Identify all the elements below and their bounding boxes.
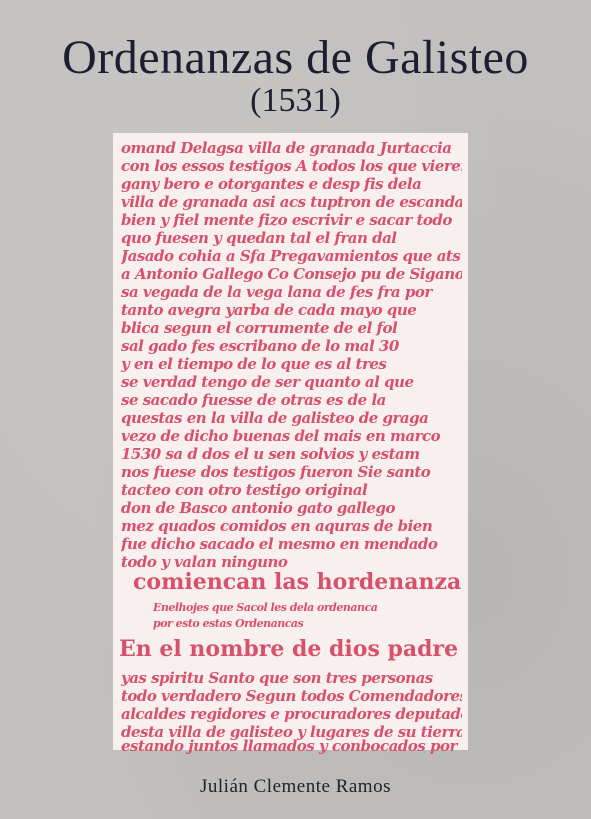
manuscript-line: villa de granada asi acs tuptron de esca… [121,193,462,211]
book-year: (1531) [0,84,591,118]
manuscript-line: mez quados comidos en aquras de bien [121,517,462,535]
manuscript-line: nos fuese dos testigos fueron Sie santo [121,463,462,481]
manuscript-line: y en el tiempo de lo que es al tres [121,355,462,373]
manuscript-line: bien y fiel mente fizo escrivir e sacar … [121,211,462,229]
manuscript-line: tacteo con otro testigo original [121,481,462,499]
manuscript-line: questas en la villa de galisteo de graga [121,409,462,427]
manuscript-line: se sacado fuesse de otras es de la [121,391,462,409]
book-author: Julián Clemente Ramos [0,776,591,798]
manuscript-line: Jasado cohia a Sfa Pregavamientos que at… [121,247,462,265]
manuscript-line: con los essos testigos A todos los que v… [121,157,462,175]
manuscript-line: yas spiritu Santo que son tres personas [121,669,462,687]
manuscript-heading: comiencan las hordenanzas [133,569,462,595]
manuscript-line: sal gado fes escribano de lo mal 30 [121,337,462,355]
manuscript-line: omand Delagsa villa de granada Jurtaccia [121,139,462,157]
book-title: Ordenanzas de Galisteo [0,34,591,82]
manuscript-line: todo verdadero Segun todos Comendadores [121,687,462,705]
manuscript-line: gany bero e otorgantes e desp fis dela [121,175,462,193]
manuscript-line: a Antonio Gallego Co Consejo pu de Sigan… [121,265,462,283]
manuscript-line: Enelhojes que Sacol les dela ordenanca [153,601,462,614]
manuscript-invocation: En el nombre de dios padre y hijo [119,636,462,662]
manuscript-line: estando juntos llamados y conbocados por [121,737,462,755]
manuscript-image: omand Delagsa villa de granada Jurtaccia… [113,133,468,750]
manuscript-line: quo fuesen y quedan tal el fran dal [121,229,462,247]
manuscript-line: don de Basco antonio gato gallego [121,499,462,517]
manuscript-line: tanto avegra yarba de cada mayo que [121,301,462,319]
manuscript-line: se verdad tengo de ser quanto al que [121,373,462,391]
manuscript-line: fue dicho sacado el mesmo en mendado [121,535,462,553]
manuscript-line: alcaldes regidores e procuradores deputa… [121,705,462,723]
manuscript-line: blica segun el corrumente de el fol [121,319,462,337]
manuscript-line: por esto estas Ordenancas [153,617,462,630]
manuscript-line: vezo de dicho buenas del mais en marco [121,427,462,445]
manuscript-line: 1530 sa d dos el u sen solvios y estam [121,445,462,463]
manuscript-line: sa vegada de la vega lana de fes fra por [121,283,462,301]
